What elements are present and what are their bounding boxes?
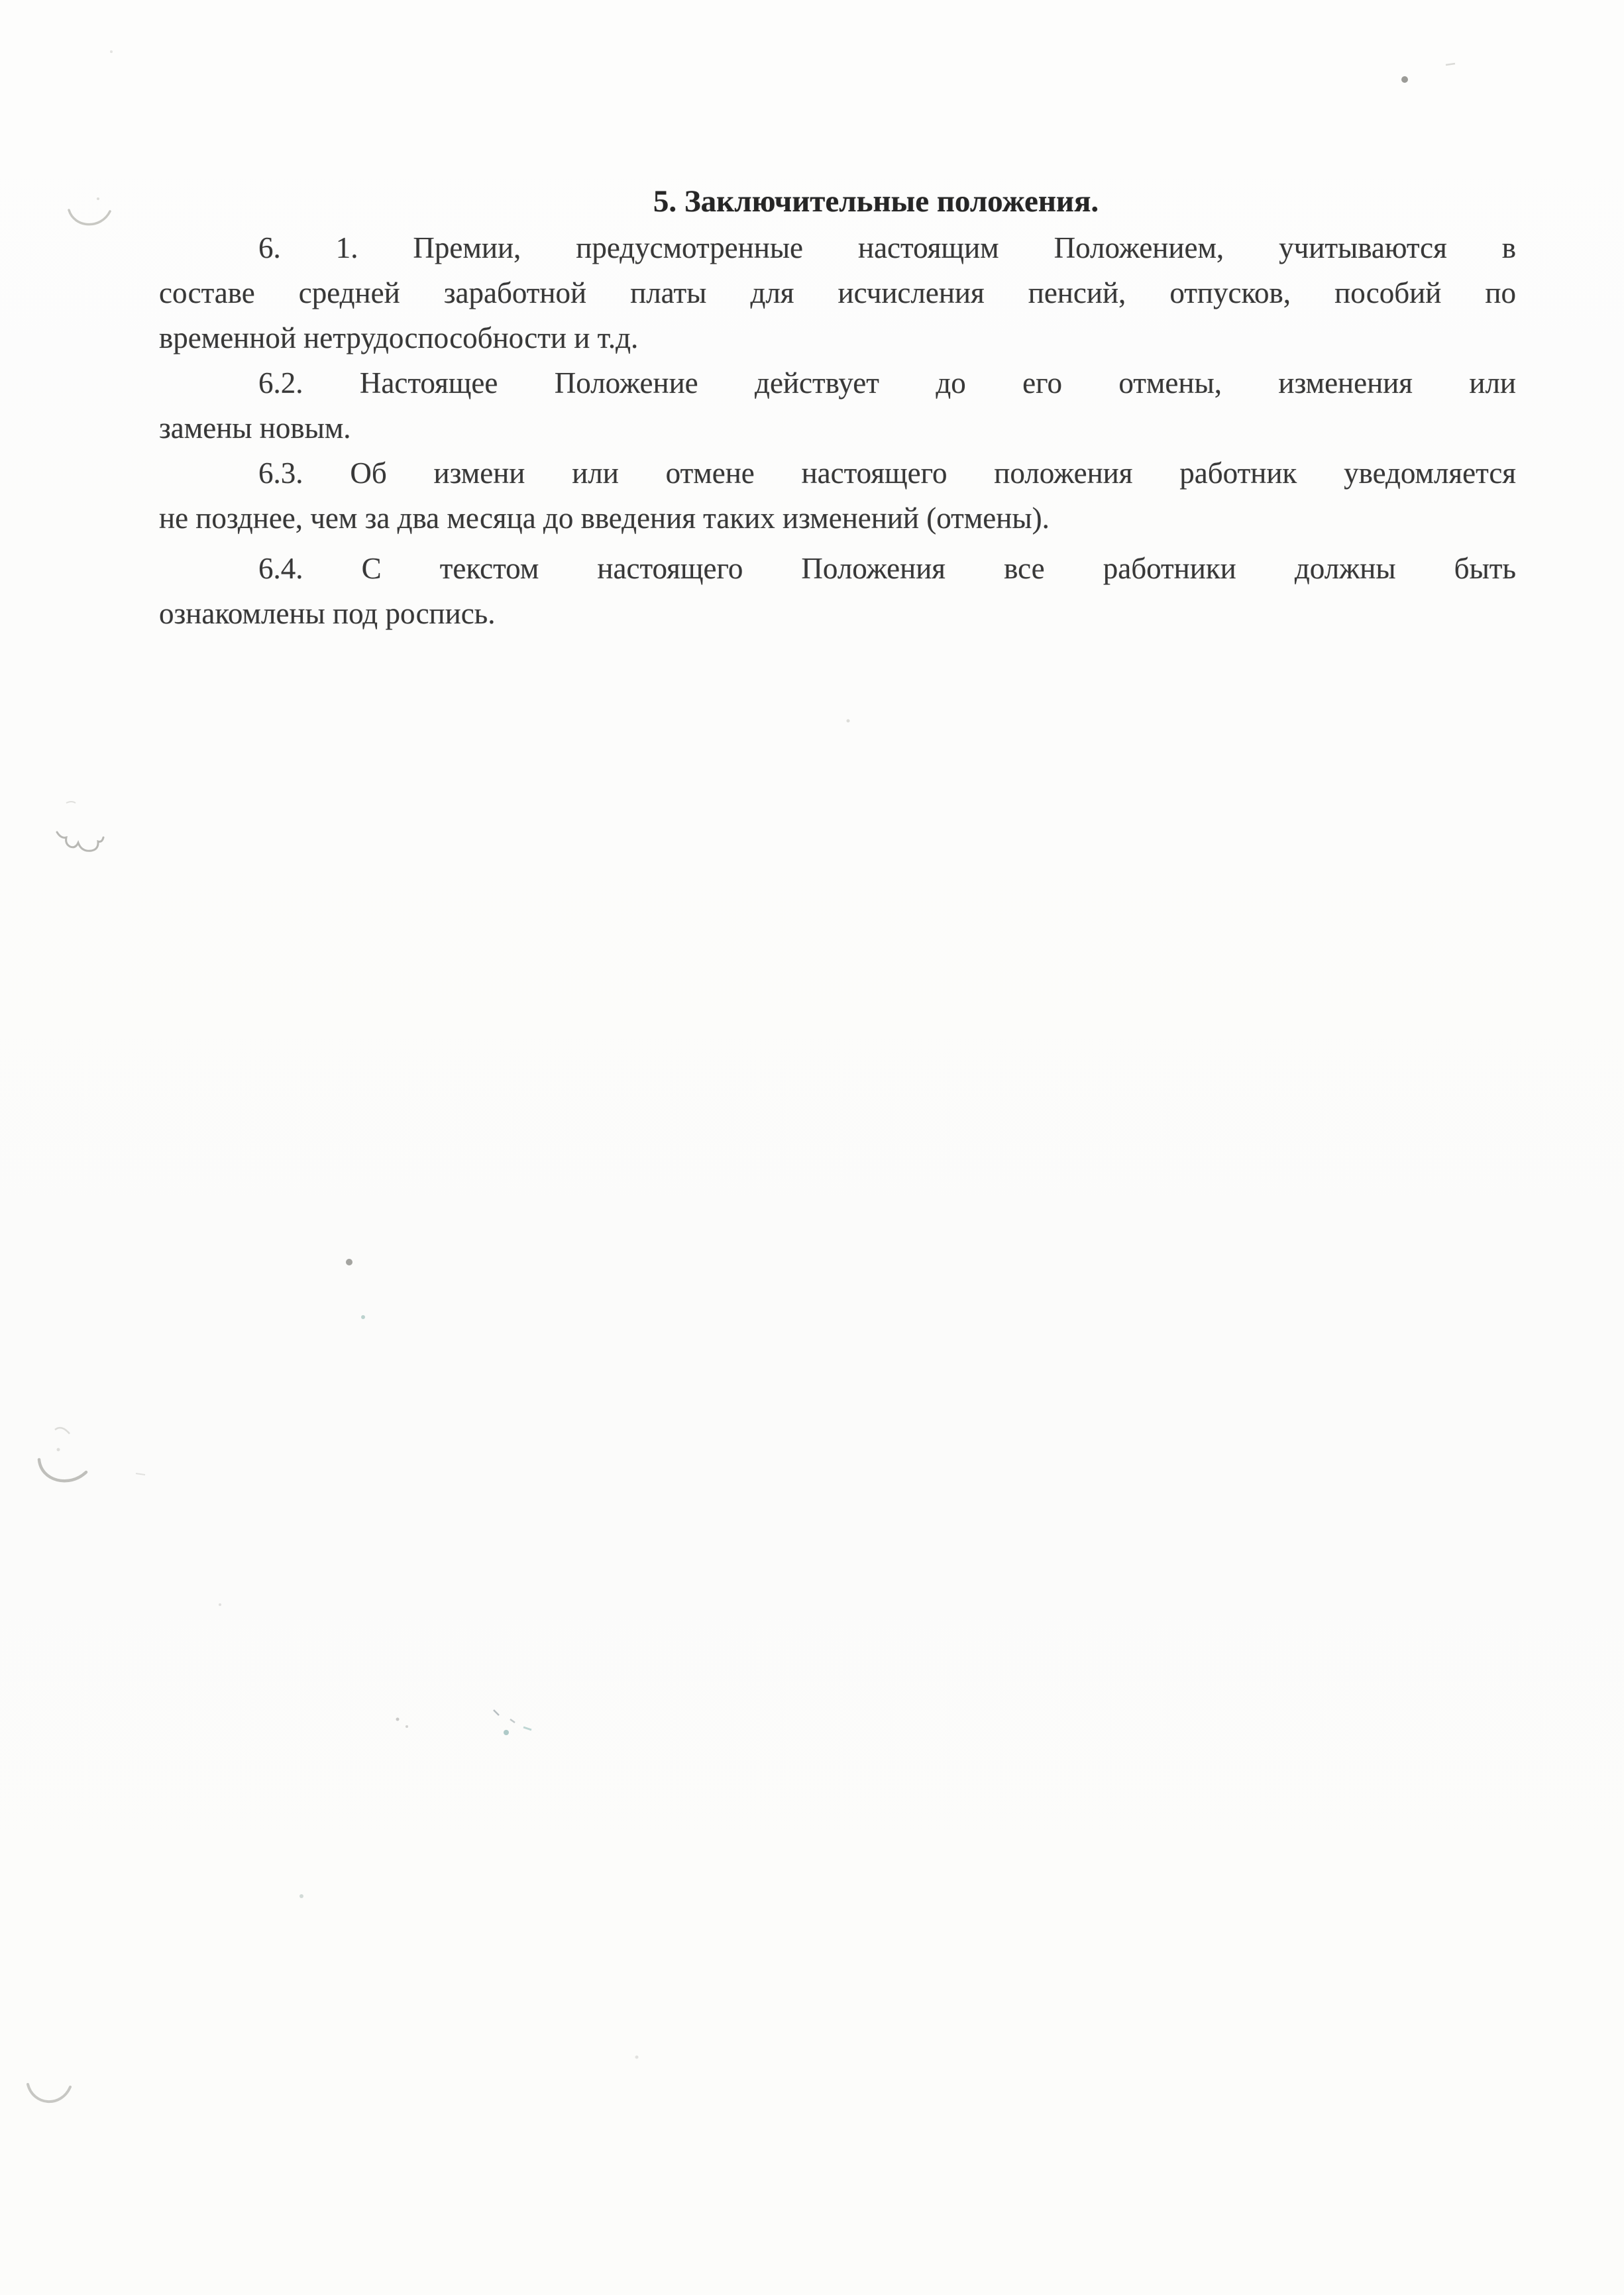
text-line: не позднее, чем за два месяца до введени… — [159, 496, 1516, 541]
text-line: 6.2. Настоящее Положение действует до ег… — [159, 360, 1516, 405]
text-line: составе средней заработной платы для исч… — [159, 270, 1516, 315]
document-page: 5. Заключительные положения. 6. 1. Преми… — [0, 0, 1624, 2295]
section-title: 5. Заключительные положения. — [197, 178, 1554, 225]
paragraph-6-4: 6.4. С текстом настоящего Положения все … — [159, 546, 1516, 636]
punch-hole-shadow-icon — [69, 197, 110, 225]
paragraph-6-2: 6.2. Настоящее Положение действует до ег… — [159, 360, 1516, 451]
text-line: 6. 1. Премии, предусмотренные настоящим … — [159, 225, 1516, 270]
punch-hole-shadow-icon — [28, 2084, 70, 2102]
text-line: 6.3. Об измени или отмене настоящего пол… — [159, 451, 1516, 496]
text-line: ознакомлены под роспись. — [159, 591, 1516, 636]
text-line: временной нетрудоспособности и т.д. — [159, 315, 1516, 360]
paragraph-6-1: 6. 1. Премии, предусмотренные настоящим … — [159, 225, 1516, 360]
paragraph-6-3: 6.3. Об измени или отмене настоящего пол… — [159, 451, 1516, 541]
punch-hole-shadow-icon — [39, 1428, 145, 1481]
document-body: 5. Заключительные положения. 6. 1. Преми… — [159, 178, 1516, 636]
pen-squiggle-icon — [57, 802, 103, 851]
text-line: замены новым. — [159, 405, 1516, 451]
text-line: 6.4. С текстом настоящего Положения все … — [159, 546, 1516, 591]
